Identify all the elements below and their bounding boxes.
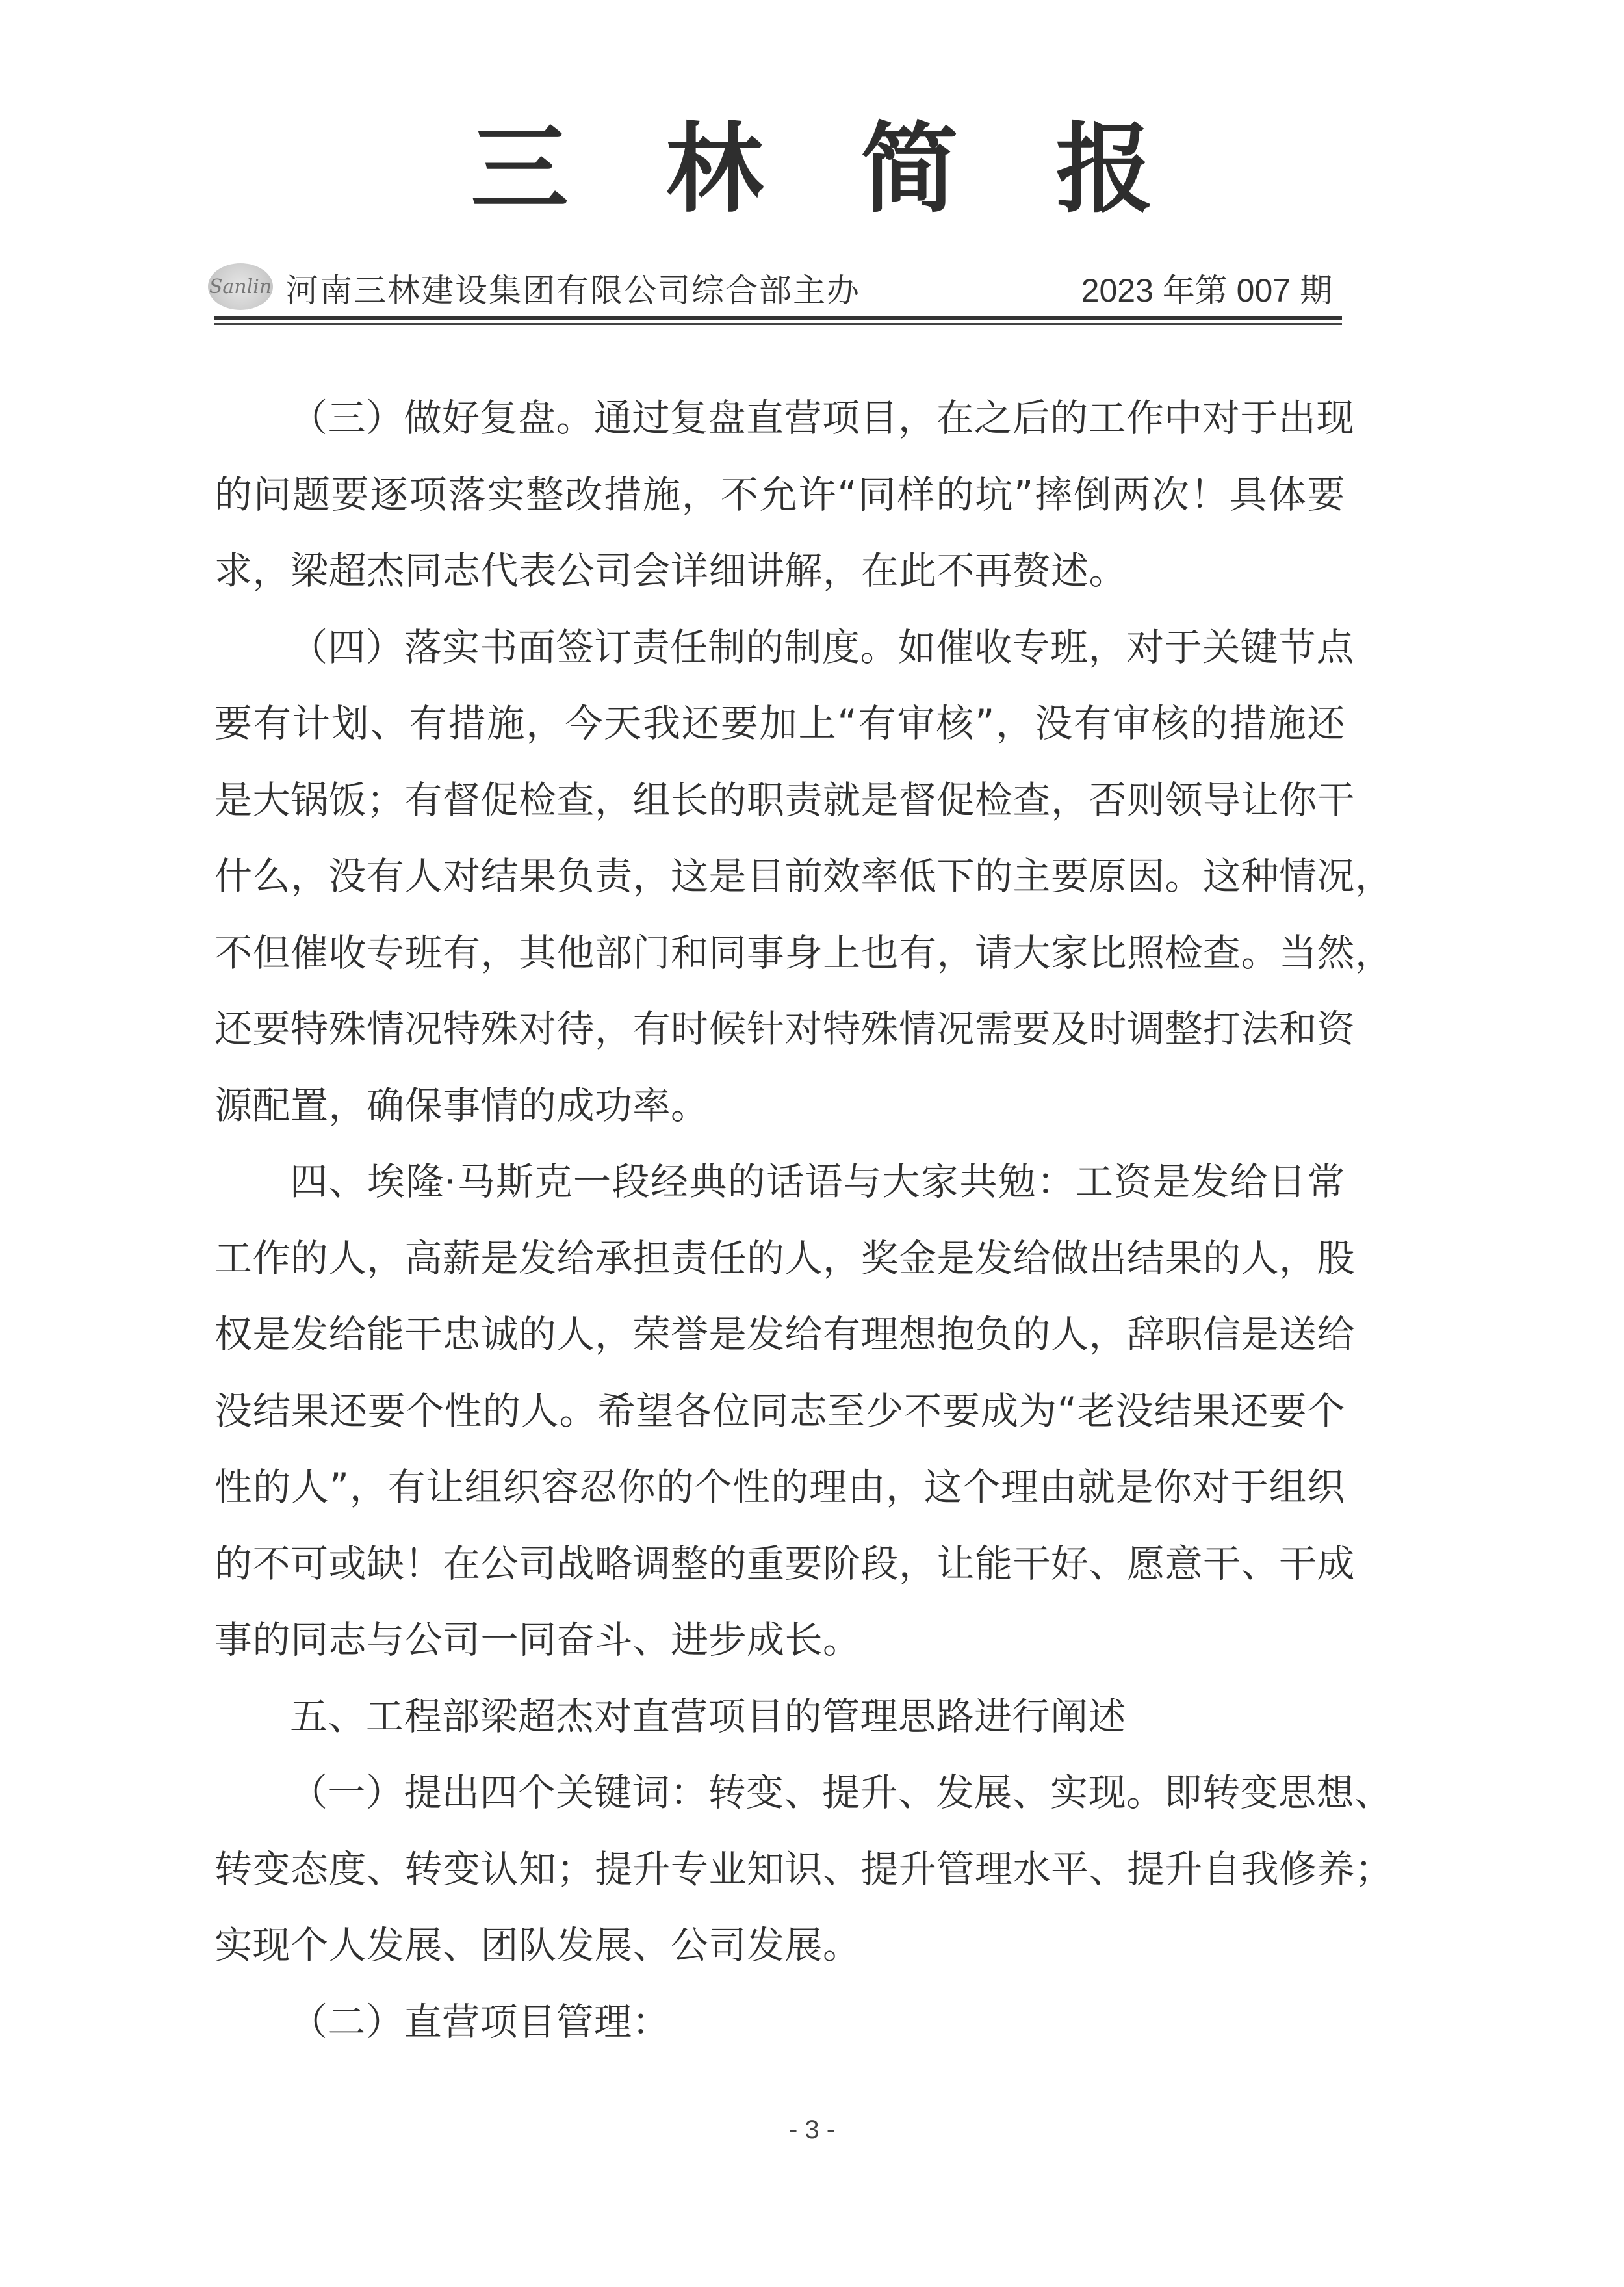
paragraph-line: 要有计划、有措施，今天我还要加上“有审核”，没有审核的措施还 [214,686,1345,762]
paragraph-line: 四、埃隆·马斯克一段经典的话语与大家共勉：工资是发给日常 [214,1144,1345,1221]
paragraph-line: 事的同志与公司一同奋斗、进步成长。 [214,1602,1345,1679]
newsletter-title: 三林简报 [97,110,1624,227]
document-body: （三）做好复盘。通过复盘直营项目，在之后的工作中对于出现的问题要逐项落实整改措施… [214,380,1345,2060]
paragraph-line: 的不可或缺！在公司战略调整的重要阶段，让能干好、愿意干、干成 [214,1526,1345,1603]
header-rule-thick [214,316,1342,320]
paragraph-line: 还要特殊情况特殊对待，有时候针对特殊情况需要及时调整打法和资 [214,991,1345,1068]
paragraph-line: （三）做好复盘。通过复盘直营项目，在之后的工作中对于出现 [214,380,1345,457]
paragraph-line: 转变态度、转变认知；提升专业知识、提升管理水平、提升自我修养； [214,1831,1345,1908]
header-rule-thin [214,323,1342,325]
paragraph-line: 权是发给能干忠诚的人，荣誉是发给有理想抱负的人，辞职信是送给 [214,1297,1345,1373]
paragraph-line: 性的人”，有让组织容忍你的个性的理由，这个理由就是你对于组织 [214,1449,1345,1526]
paragraph-line: （二）直营项目管理： [214,1984,1345,2061]
paragraph-line: 是大锅饭；有督促检查，组长的职责就是督促检查，否则领导让你干 [214,762,1345,839]
company-logo-icon: Sanlin [208,263,273,310]
organizer-text: 河南三林建设集团有限公司综合部主办 [286,265,860,311]
issue-number: 2023 年第 007 期 [1081,265,1332,311]
paragraph-line: 不但催收专班有，其他部门和同事身上也有，请大家比照检查。当然， [214,915,1345,992]
logo-text: Sanlin [209,276,272,298]
paragraph-line: 求，梁超杰同志代表公司会详细讲解，在此不再赘述。 [214,533,1345,610]
paragraph-line: 什么，没有人对结果负责，这是目前效率低下的主要原因。这种情况， [214,838,1345,915]
paragraph-line: 五、工程部梁超杰对直营项目的管理思路进行阐述 [214,1679,1345,1755]
paragraph-line: 没结果还要个性的人。希望各位同志至少不要成为“老没结果还要个 [214,1373,1345,1450]
paragraph-line: （一）提出四个关键词：转变、提升、发展、实现。即转变思想、 [214,1755,1345,1831]
paragraph-line: （四）落实书面签订责任制的制度。如催收专班，对于关键节点 [214,610,1345,686]
paragraph-line: 的问题要逐项落实整改措施，不允许“同样的坑”摔倒两次！具体要 [214,457,1345,534]
paragraph-line: 工作的人，高薪是发给承担责任的人，奖金是发给做出结果的人，股 [214,1221,1345,1297]
page-number: - 3 - [0,2115,1624,2145]
masthead: 三林简报 [0,110,1624,227]
masthead-subheader: Sanlin 河南三林建设集团有限公司综合部主办 2023 年第 007 期 [208,263,1332,309]
paragraph-line: 源配置，确保事情的成功率。 [214,1068,1345,1144]
paragraph-line: 实现个人发展、团队发展、公司发展。 [214,1907,1345,1984]
